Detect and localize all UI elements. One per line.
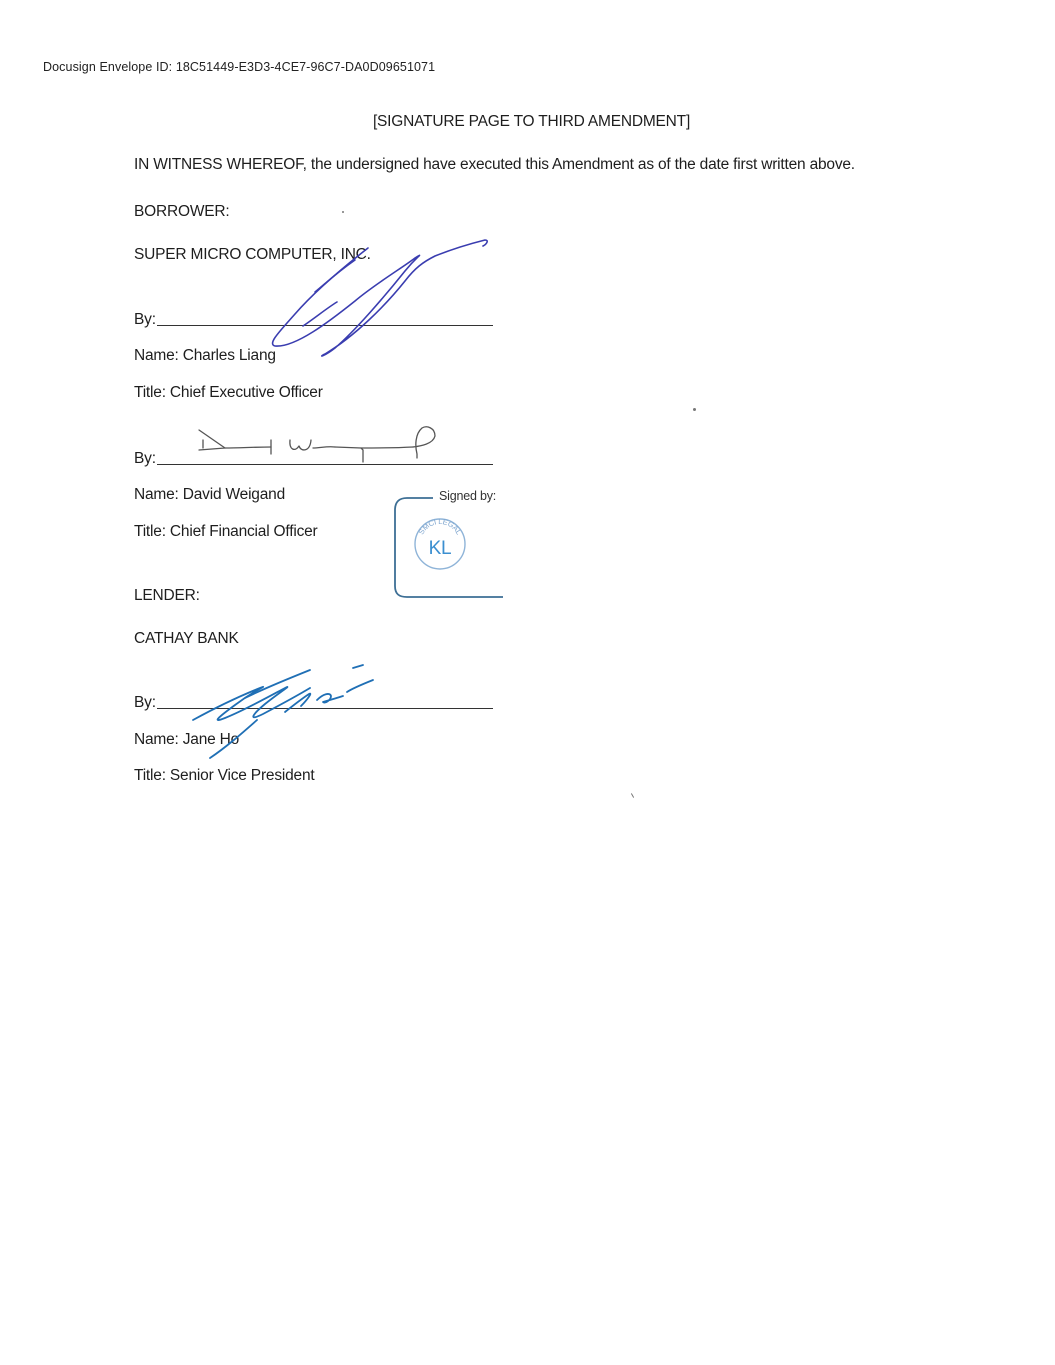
cfo-title: Title: Chief Financial Officer xyxy=(134,523,318,541)
signature-rule xyxy=(157,451,493,465)
signature-line-cfo: By: xyxy=(134,450,493,468)
ceo-name: Name: Charles Liang xyxy=(134,347,276,365)
lender-label: LENDER: xyxy=(134,587,200,605)
borrower-entity: SUPER MICRO COMPUTER, INC. xyxy=(134,246,371,264)
signature-rule xyxy=(157,312,493,326)
signature-line-lender: By: xyxy=(134,694,493,712)
signature-line-ceo: By: xyxy=(134,311,493,329)
docusign-envelope-id: Docusign Envelope ID: 18C51449-E3D3-4CE7… xyxy=(43,60,435,74)
cfo-name: Name: David Weigand xyxy=(134,486,285,504)
lender-entity: CATHAY BANK xyxy=(134,630,239,648)
by-label: By: xyxy=(134,450,156,468)
witness-clause: IN WITNESS WHEREOF, the undersigned have… xyxy=(134,156,855,174)
borrower-label: BORROWER: xyxy=(134,203,230,221)
lender-signatory-title: Title: Senior Vice President xyxy=(134,767,315,785)
lender-signatory-name: Name: Jane Ho xyxy=(134,731,239,749)
page-heading: [SIGNATURE PAGE TO THIRD AMENDMENT] xyxy=(0,113,1055,131)
scan-speck xyxy=(342,211,344,213)
scan-speck xyxy=(693,408,696,411)
by-label: By: xyxy=(134,694,156,712)
ceo-title: Title: Chief Executive Officer xyxy=(134,384,323,402)
lender-handwritten-signature xyxy=(185,660,385,765)
signed-by-frame xyxy=(393,496,505,599)
signed-by-label: Signed by: xyxy=(438,489,497,503)
by-label: By: xyxy=(134,311,156,329)
scan-speck xyxy=(631,793,634,798)
signature-rule xyxy=(157,695,493,709)
